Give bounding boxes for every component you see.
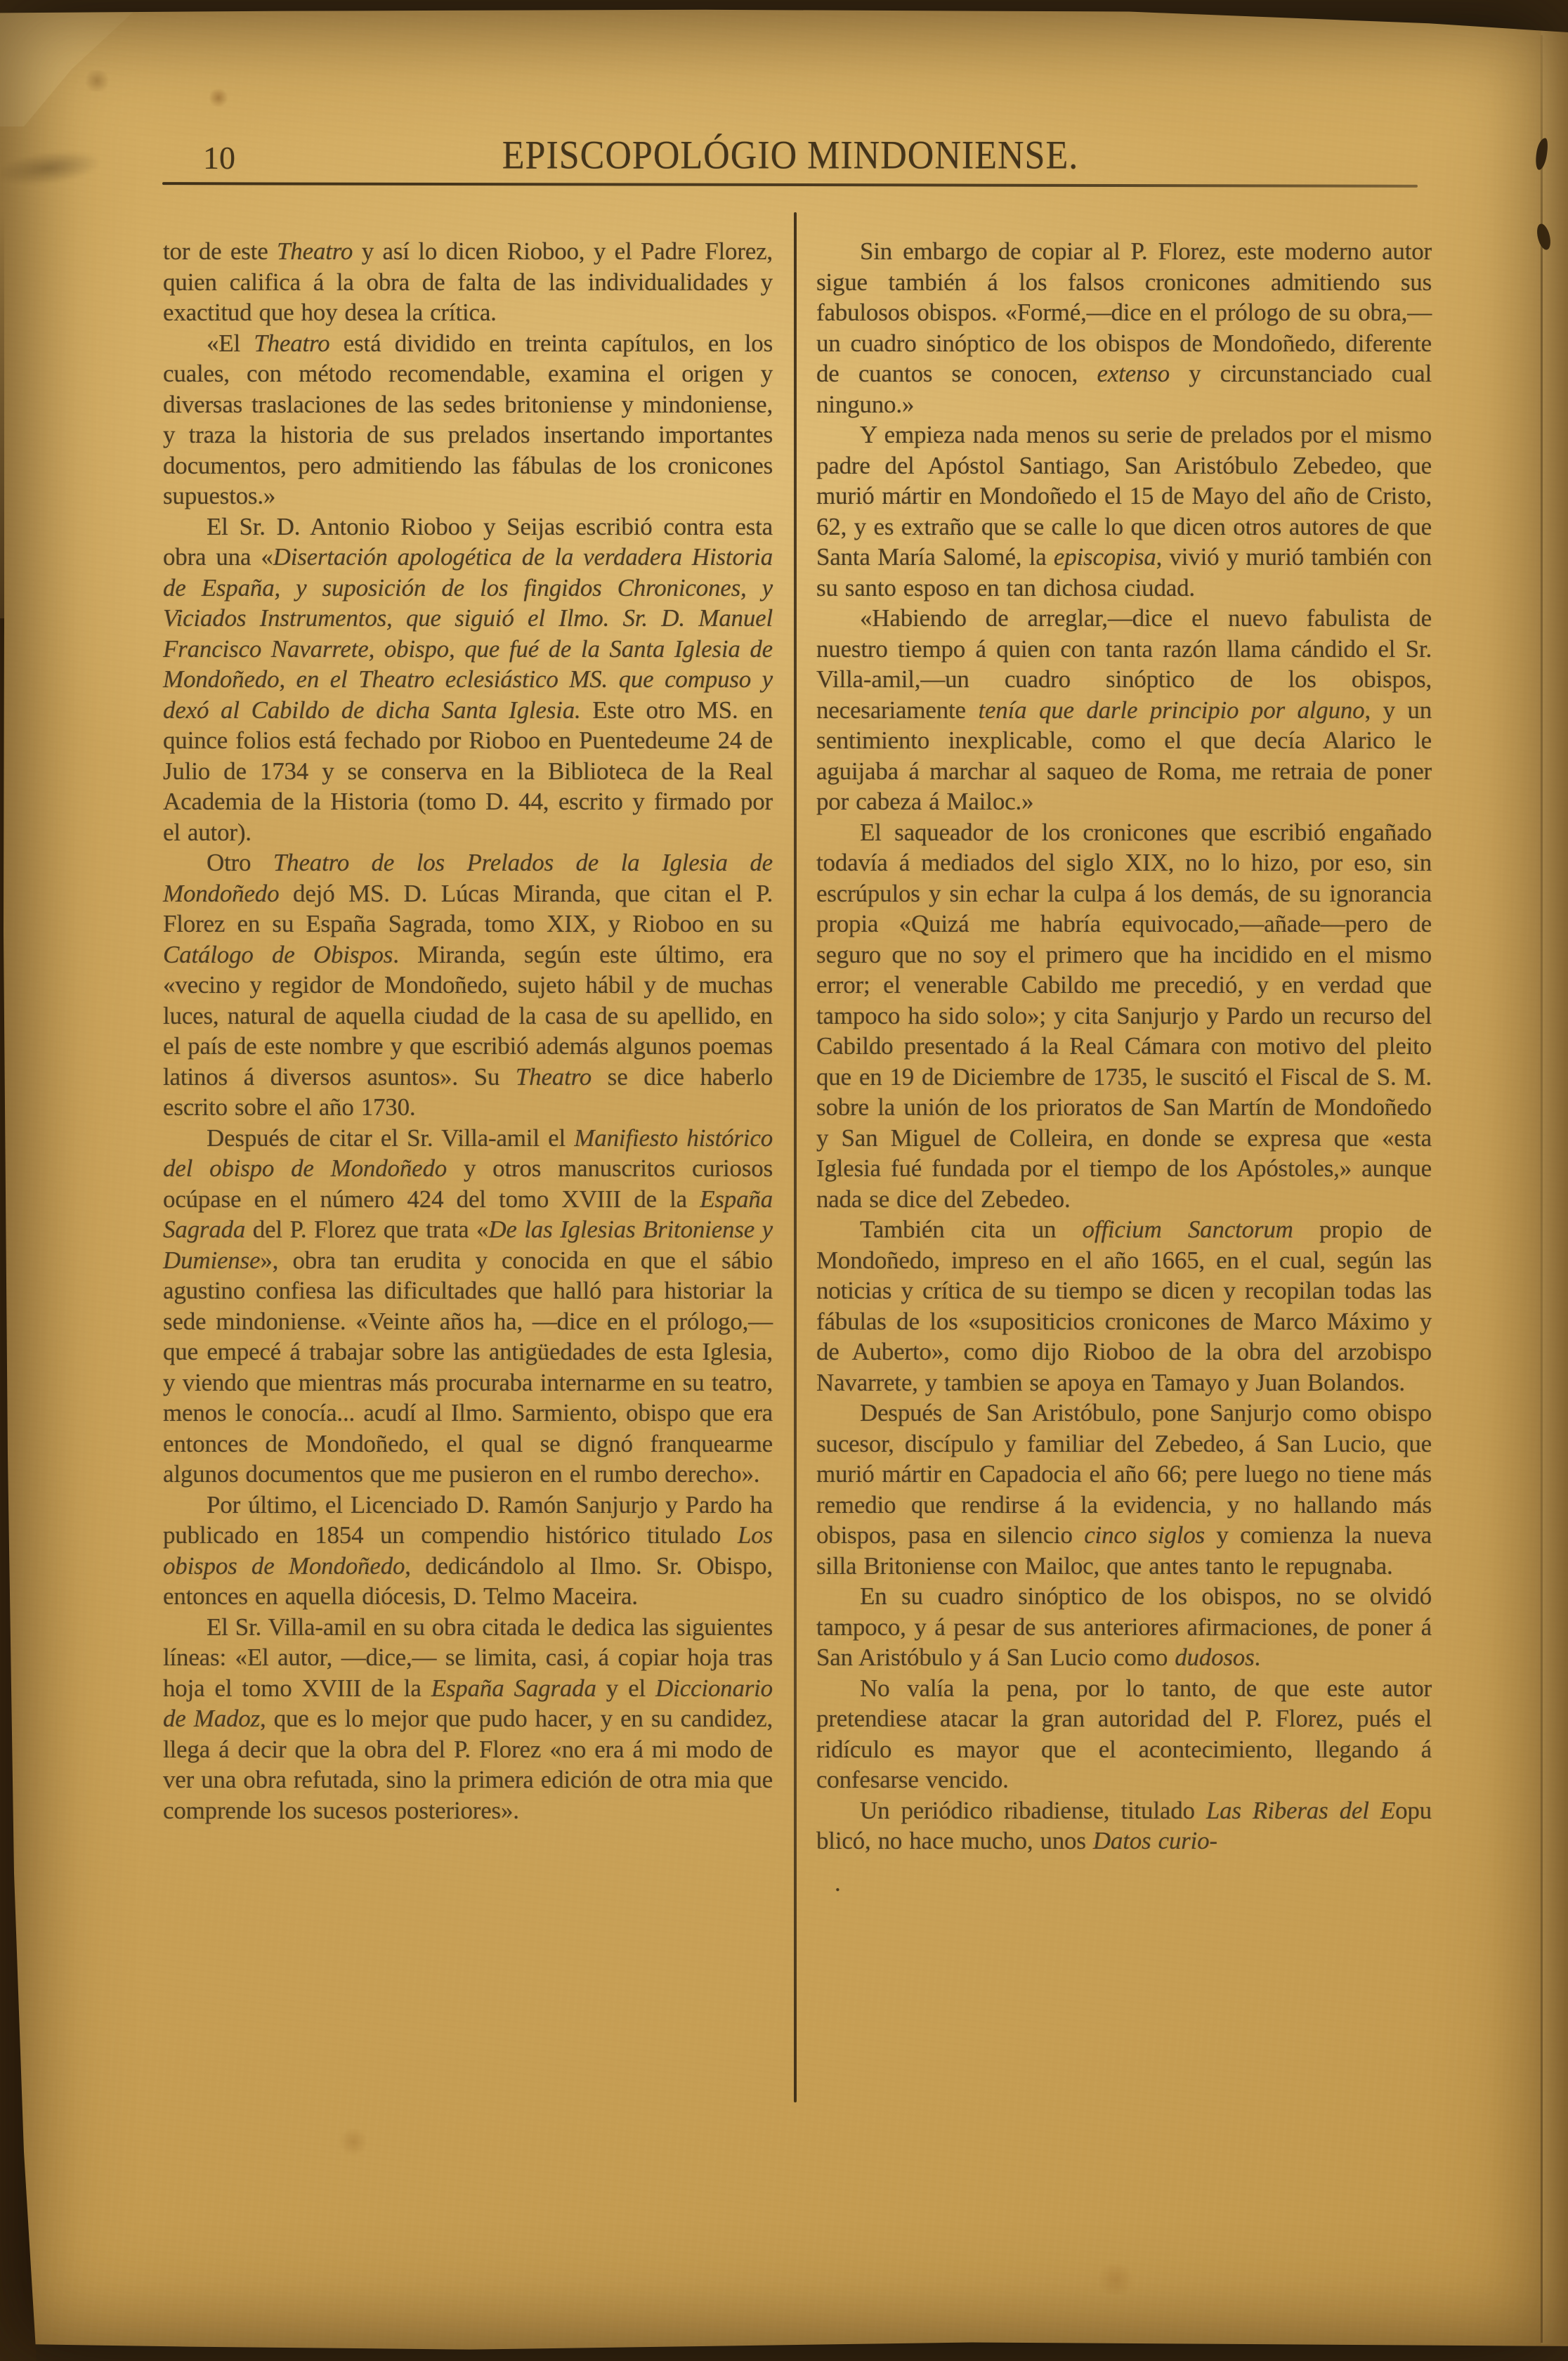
- paragraph: Después de citar el Sr. Villa-amil el Ma…: [163, 1123, 773, 1490]
- italic-text-run: Las Riberas del E: [1206, 1797, 1395, 1824]
- text-run: .: [1255, 1644, 1261, 1671]
- foxing-stain: [208, 89, 229, 107]
- text-run: En su cuadro sinóptico de los obispos, n…: [816, 1582, 1432, 1671]
- paragraph: tor de este Theatro y así lo dicen Riobo…: [163, 236, 773, 328]
- column-right: Sin embargo de copiar al P. Florez, este…: [816, 236, 1432, 1898]
- paragraph: Después de San Aristóbulo, pone Sanjurjo…: [816, 1398, 1432, 1581]
- paragraph: No valía la pena, por lo tanto, de que e…: [816, 1673, 1432, 1795]
- column-left: tor de este Theatro y así lo dicen Riobo…: [163, 236, 773, 1826]
- italic-text-run: Catálogo de Obispos: [163, 941, 393, 968]
- italic-text-run: Theatro: [516, 1063, 592, 1091]
- page-fold-highlight: [1541, 25, 1568, 2344]
- column-divider: [794, 212, 797, 2102]
- text-run: También cita un: [860, 1216, 1083, 1243]
- text-run: No valía la pena, por lo tanto, de que e…: [816, 1674, 1432, 1794]
- italic-text-run: Theatro: [277, 238, 353, 265]
- text-run: tor de este: [163, 238, 277, 265]
- page-fold-crease: [1541, 35, 1543, 2343]
- paragraph: Y empieza nada menos su serie de prelado…: [816, 419, 1432, 603]
- italic-text-run: Datos curio-: [1093, 1827, 1217, 1854]
- text-run: .: [835, 1869, 841, 1897]
- italic-text-run: cinco siglos: [1084, 1521, 1205, 1549]
- header-title: EPISCOPOLÓGIO MINDONIENSE.: [163, 133, 1418, 178]
- paragraph: Por último, el Licenciado D. Ramón Sanju…: [163, 1490, 773, 1612]
- paragraph: El Sr. Villa-amil en su obra citada le d…: [163, 1612, 773, 1826]
- paragraph: «El Theatro está dividido en treinta cap…: [163, 328, 773, 512]
- foxing-stain: [1096, 2264, 1135, 2295]
- italic-text-run: extenso: [1097, 360, 1170, 387]
- text-run: Por último, el Licenciado D. Ramón Sanju…: [163, 1491, 773, 1549]
- scanned-book-page: 10 EPISCOPOLÓGIO MINDONIENSE. tor de est…: [0, 0, 1568, 2361]
- italic-text-run: dudosos: [1175, 1644, 1254, 1671]
- paragraph: Otro Theatro de los Prelados de la Igles…: [163, 847, 773, 1123]
- text-run: El saqueador de los cronicones que escri…: [816, 819, 1432, 1213]
- foxing-stain: [83, 70, 111, 91]
- text-run: Un periódico ribadiense, titulado: [860, 1797, 1206, 1824]
- paragraph: .: [816, 1868, 1432, 1899]
- paragraph: También cita un officium Sanctorum propi…: [816, 1214, 1432, 1398]
- text-run: y el: [596, 1674, 655, 1702]
- italic-text-run: episcopisa: [1054, 543, 1156, 571]
- italic-text-run: tenía que darle principio por alguno: [978, 696, 1364, 724]
- text-run: del P. Florez que trata «: [245, 1216, 488, 1243]
- text-run: «El: [207, 330, 254, 357]
- paragraph: Un periódico ribadiense, titulado Las Ri…: [816, 1795, 1432, 1856]
- paragraph: Sin embargo de copiar al P. Florez, este…: [816, 236, 1432, 419]
- paragraph: «Habiendo de arreglar,—dice el nuevo fab…: [816, 603, 1432, 817]
- italic-text-run: officium Sanctorum: [1083, 1216, 1293, 1243]
- text-run: », obra tan erudita y conocida en que el…: [163, 1247, 773, 1488]
- paragraph: El saqueador de los cronicones que escri…: [816, 817, 1432, 1215]
- text-run: Otro: [207, 849, 273, 876]
- foxing-stain: [337, 2129, 370, 2154]
- italic-text-run: Theatro: [254, 330, 329, 357]
- paragraph: En su cuadro sinóptico de los obispos, n…: [816, 1581, 1432, 1673]
- text-run: Después de citar el Sr. Villa-amil el: [207, 1124, 574, 1152]
- scan-edge-left-shadow: [0, 211, 4, 632]
- paragraph: El Sr. D. Antonio Rioboo y Seijas escrib…: [163, 512, 773, 848]
- italic-text-run: España Sagrada: [431, 1674, 596, 1702]
